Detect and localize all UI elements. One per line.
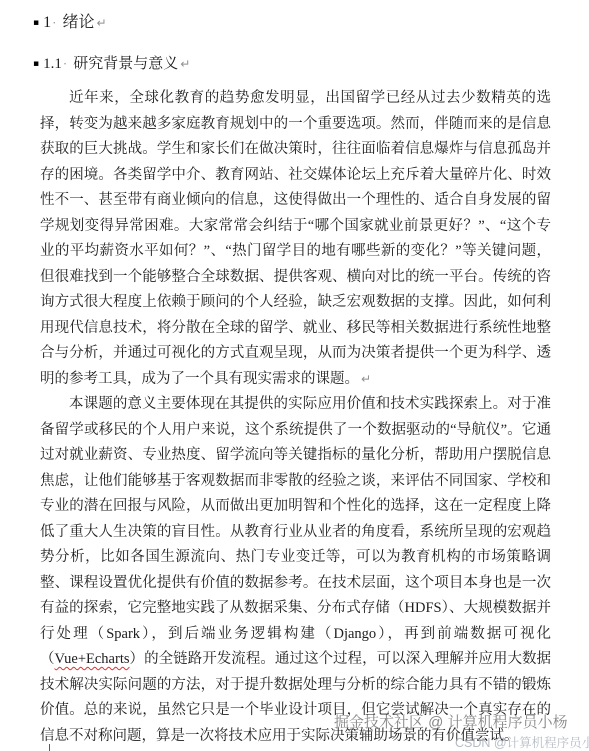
paragraph-background: 近年来，全球化教育的趋势愈发明显，出国留学已经从过去少数精英的选择，转变为越来越… (40, 86, 551, 392)
heading-title: 绪论 (62, 14, 94, 31)
paragraph-text: 本课题的意义主要体现在其提供的实际应用价值和技术实践探索上。对于准备留学或移民的… (40, 396, 551, 667)
spellcheck-flagged-word: Vue+Echarts (55, 651, 130, 667)
heading-title: 研究背景与意义 (73, 56, 178, 72)
outline-square-icon: ▪ (33, 13, 39, 33)
text-cursor (49, 744, 50, 751)
heading-number: 1 (43, 14, 51, 31)
paragraph-mark-icon: ↵ (361, 372, 371, 386)
document-content: ▪1·绪论↵ ▪1.1·研究背景与意义↵ 近年来，全球化教育的趋势愈发明显，出国… (40, 0, 551, 749)
heading-chapter-1: ▪1·绪论↵ (33, 13, 551, 33)
outline-square-icon: ▪ (33, 54, 39, 74)
space-formatting-mark: · (52, 13, 56, 33)
space-formatting-mark: · (63, 54, 67, 74)
paragraph-text: 近年来，全球化教育的趋势愈发明显，出国留学已经从过去少数精英的选择，转变为越来越… (40, 90, 551, 387)
heading-number: 1.1 (43, 56, 62, 72)
paragraph-mark-icon: ↵ (180, 57, 190, 71)
heading-section-1-1: ▪1.1·研究背景与意义↵ (33, 54, 551, 74)
paragraph-significance: 本课题的意义主要体现在其提供的实际应用价值和技术实践探索上。对于准备留学或移民的… (40, 392, 551, 749)
paragraph-mark-icon: ↵ (96, 16, 106, 30)
document-page: ▪1·绪论↵ ▪1.1·研究背景与意义↵ 近年来，全球化教育的趋势愈发明显，出国… (0, 0, 589, 751)
